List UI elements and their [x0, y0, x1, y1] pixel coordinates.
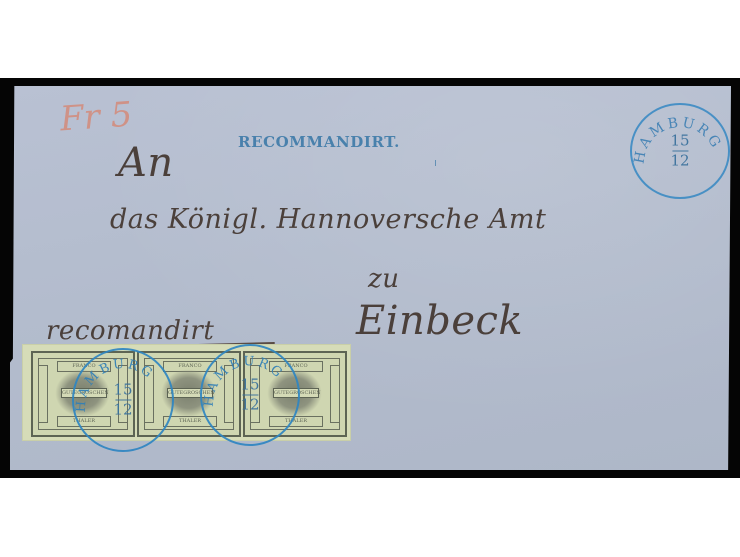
- postmark-month: 12: [670, 152, 689, 170]
- hamburg-postmark: HAMBURG 15 12: [630, 103, 730, 199]
- address-line-3: zu: [368, 264, 399, 294]
- stamp-cancel-2: HAMBURG 15 12: [200, 344, 300, 446]
- ink-dot: [435, 160, 436, 166]
- stamp-cancel-1: HAMBURG 15 12: [72, 348, 174, 452]
- address-line-1: An: [118, 140, 174, 186]
- address-line-2: das Königl. Hannoversche Amt: [110, 204, 546, 235]
- postmark-day: 15: [670, 132, 689, 150]
- postmark-date: 15 12: [670, 133, 689, 170]
- address-line-4: Einbeck: [356, 298, 523, 344]
- recomandirt-manuscript: recomandirt: [46, 316, 214, 346]
- red-crayon-mark: Fr 5: [59, 95, 134, 140]
- recommandirt-handstamp: RECOMMANDIRT.: [238, 133, 400, 151]
